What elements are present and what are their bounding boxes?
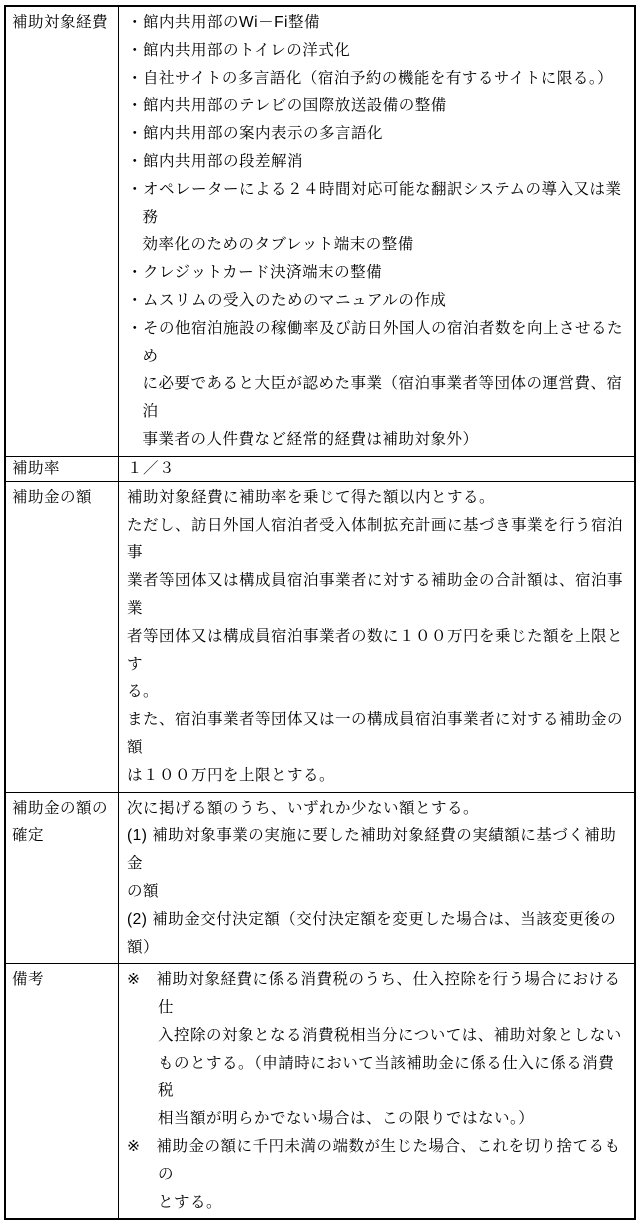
text-paragraph: 次に掲げる額のうち、いずれか少ない額とする。 [127, 795, 630, 823]
row-label: 備考 [5, 964, 119, 1220]
bullet-item: ・館内共用部の案内表示の多言語化 [127, 120, 630, 148]
row-label: 補助金の額 [5, 481, 119, 792]
note-item: ※ 補助対象経費に係る消費税のうち、仕入控除を行う場合における仕 入控除の対象と… [127, 966, 630, 1133]
table-row: 補助金の額補助対象経費に補助率を乗じて得た額以内とする。ただし、訪日外国人宿泊者… [5, 481, 635, 792]
text-paragraph: (1) 補助対象事業の実施に要した補助対象経費の実績額に基づく補助金 の額 [127, 822, 630, 905]
bullet-item: ・クレジットカード決済端末の整備 [127, 259, 630, 287]
subsidy-table-body: 補助対象経費・館内共用部のWi－Fi整備・館内共用部のトイレの洋式化・自社サイト… [5, 6, 635, 1219]
row-label: 補助対象経費 [5, 6, 119, 456]
bullet-item: ・ムスリムの受入のためのマニュアルの作成 [127, 287, 630, 315]
text-paragraph: また、宿泊事業者等団体又は一の構成員宿泊事業者に対する補助金の額 は１００万円を… [127, 706, 630, 789]
row-content: １／３ [119, 456, 636, 481]
document-page: 補助対象経費・館内共用部のWi－Fi整備・館内共用部のトイレの洋式化・自社サイト… [4, 5, 636, 1220]
text-paragraph: １／３ [127, 459, 630, 479]
bullet-item: ・自社サイトの多言語化（宿泊予約の機能を有するサイトに限る。） [127, 65, 630, 93]
bullet-item: ・オペレーターによる２４時間対応可能な翻訳システムの導入又は業務 効率化のための… [127, 176, 630, 259]
text-paragraph: 補助対象経費に補助率を乗じて得た額以内とする。 [127, 484, 630, 512]
row-content: 次に掲げる額のうち、いずれか少ない額とする。(1) 補助対象事業の実施に要した補… [119, 792, 636, 964]
bullet-item: ・その他宿泊施設の稼働率及び訪日外国人の宿泊者数を向上させるため に必要であると… [127, 315, 630, 454]
row-label: 補助金の額の 確定 [5, 792, 119, 964]
row-label: 補助率 [5, 456, 119, 481]
table-row: 補助対象経費・館内共用部のWi－Fi整備・館内共用部のトイレの洋式化・自社サイト… [5, 6, 635, 456]
bullet-item: ・館内共用部のWi－Fi整備 [127, 9, 630, 37]
table-row: 補助金の額の 確定次に掲げる額のうち、いずれか少ない額とする。(1) 補助対象事… [5, 792, 635, 964]
bullet-item: ・館内共用部のトイレの洋式化 [127, 37, 630, 65]
row-content: ・館内共用部のWi－Fi整備・館内共用部のトイレの洋式化・自社サイトの多言語化（… [119, 6, 636, 456]
row-content: ※ 補助対象経費に係る消費税のうち、仕入控除を行う場合における仕 入控除の対象と… [119, 964, 636, 1220]
bullet-item: ・館内共用部のテレビの国際放送設備の整備 [127, 92, 630, 120]
text-paragraph: (2) 補助金交付決定額（交付決定額を変更した場合は、当該変更後の額） [127, 906, 630, 962]
bullet-item: ・館内共用部の段差解消 [127, 148, 630, 176]
text-paragraph: ただし、訪日外国人宿泊者受入体制拡充計画に基づき事業を行う宿泊事 業者等団体又は… [127, 512, 630, 707]
subsidy-detail-table: 補助対象経費・館内共用部のWi－Fi整備・館内共用部のトイレの洋式化・自社サイト… [4, 5, 636, 1220]
table-row: 備考※ 補助対象経費に係る消費税のうち、仕入控除を行う場合における仕 入控除の対… [5, 964, 635, 1220]
table-row: 補助率１／３ [5, 456, 635, 481]
note-item: ※ 補助金の額に千円未満の端数が生じた場合、これを切り捨てるもの とする。 [127, 1133, 630, 1216]
row-content: 補助対象経費に補助率を乗じて得た額以内とする。ただし、訪日外国人宿泊者受入体制拡… [119, 481, 636, 792]
